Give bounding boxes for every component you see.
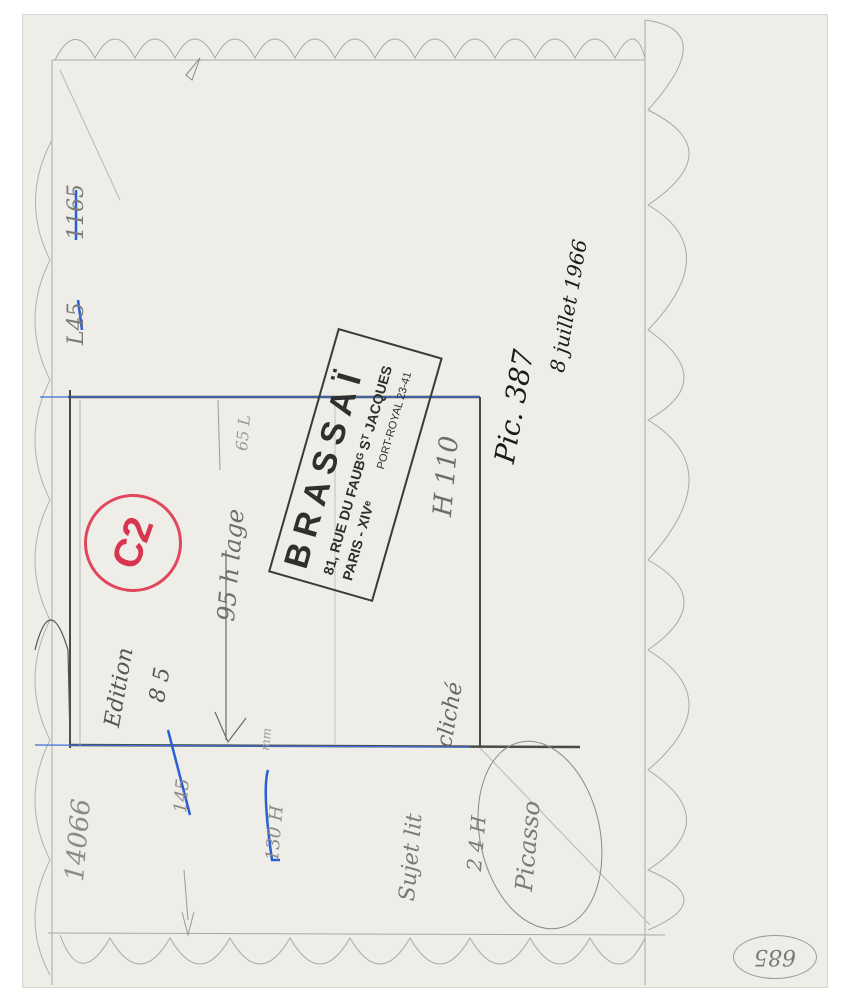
subject-line-2: 2 4 H <box>462 815 491 872</box>
corner-number-badge: 685 <box>733 935 817 979</box>
mm-mark: mm <box>258 727 274 751</box>
margin-mark-145: 145 <box>170 778 194 814</box>
margin-mark-1165: 1165 <box>64 184 89 240</box>
margin-mark-L45: L45 <box>64 302 89 345</box>
width-note-2: 65 L <box>232 414 254 452</box>
